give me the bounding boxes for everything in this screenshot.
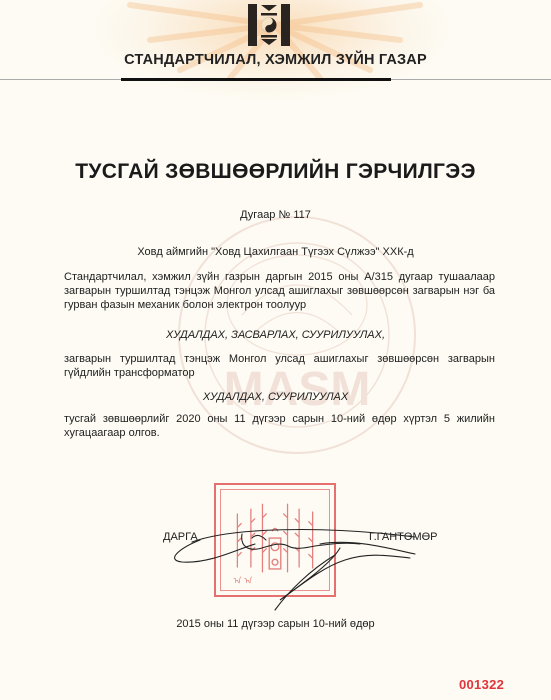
permitted-activities-2: ХУДАЛДАХ, СУУРИЛУУЛАХ	[0, 391, 551, 403]
paragraph-validity: тусгай зөвшөөрлийг 2020 оны 11 дүгээр са…	[64, 412, 495, 440]
certificate-page: СТАНДАРТЧИЛАЛ, ХЭМЖИЛ ЗҮЙН ГАЗАР MASM ТУ…	[0, 0, 551, 700]
paragraph-transformer: загварын туршилтад тэнцэж Монгол улсад а…	[64, 352, 495, 380]
issue-date: 2015 оны 11 дүгээр сарын 10-ний өдөр	[0, 618, 551, 630]
agency-name: СТАНДАРТЧИЛАЛ, ХЭМЖИЛ ЗҮЙН ГАЗАР	[0, 52, 551, 68]
soyombo-emblem-icon	[245, 2, 293, 48]
serial-number: 001322	[459, 677, 504, 692]
header-divider-accent	[121, 78, 391, 81]
paragraph-authorization: Стандартчилал, хэмжил зүйн газрын даргын…	[64, 270, 495, 312]
document-number: Дугаар № 117	[0, 209, 551, 221]
recipient: Ховд аймгийн "Ховд Цахилгаан Түгээх Сүлж…	[0, 246, 551, 258]
document-title: ТУСГАЙ ЗӨВШӨӨРЛИЙН ГЭРЧИЛГЭЭ	[0, 160, 551, 184]
permitted-activities-1: ХУДАЛДАХ, ЗАСВАРЛАХ, СУУРИЛУУЛАХ,	[0, 329, 551, 341]
handwritten-signature	[170, 520, 420, 615]
